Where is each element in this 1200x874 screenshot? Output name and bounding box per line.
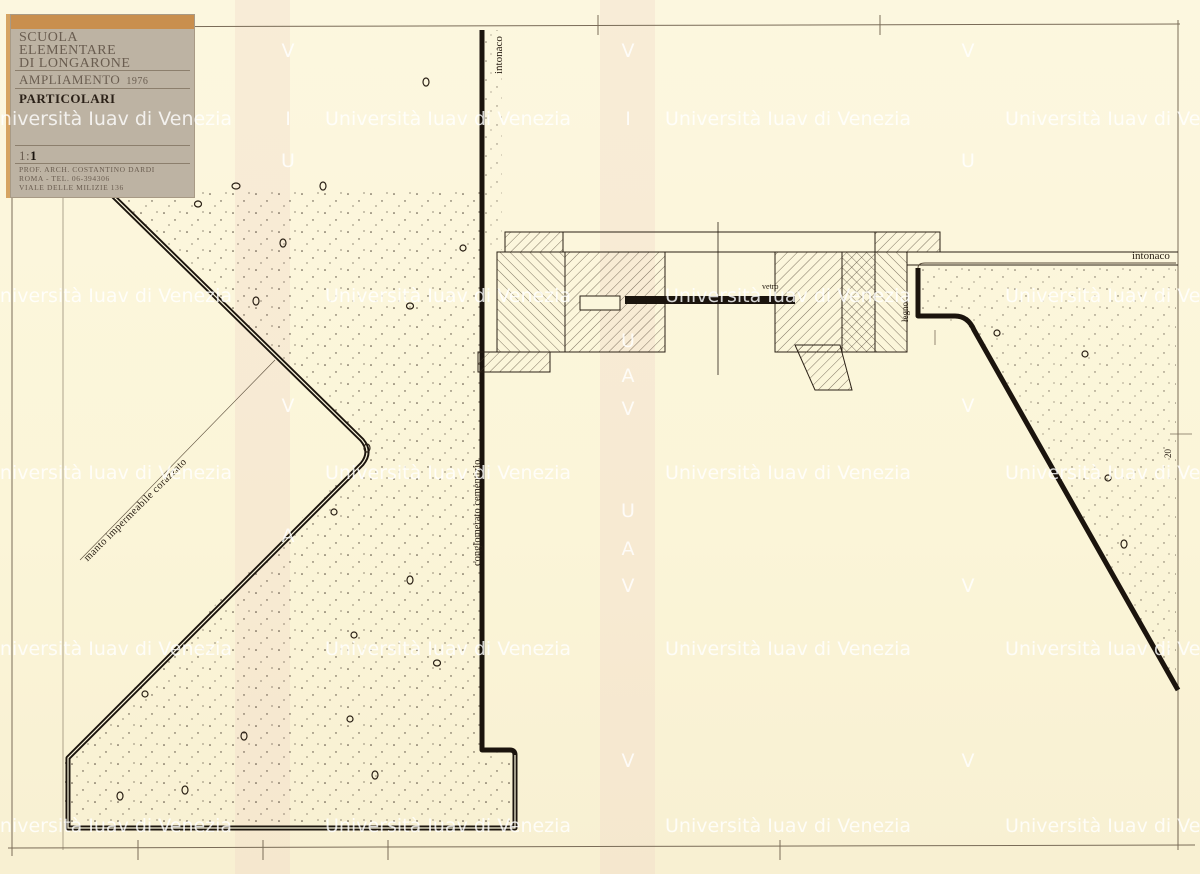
- watermark: Università Iuav di Venezia: [325, 815, 571, 837]
- label-intonaco-right: intonaco: [1132, 250, 1170, 262]
- watermark-letter: A: [618, 538, 638, 560]
- watermark-letter: U: [958, 150, 978, 172]
- watermark-letter: V: [278, 40, 298, 62]
- watermark: Università Iuav di Venezia: [1005, 638, 1200, 660]
- watermark-letter: V: [958, 395, 978, 417]
- watermark-letter: I: [278, 108, 298, 130]
- watermark: Università Iuav di Venezia: [325, 462, 571, 484]
- divider: [15, 88, 190, 89]
- watermark-letter: A: [618, 365, 638, 387]
- watermark-letter: I: [618, 108, 638, 130]
- watermark-letter: V: [958, 750, 978, 772]
- watermark-letter: V: [958, 40, 978, 62]
- divider: [15, 163, 190, 164]
- watermark-letter: V: [618, 575, 638, 597]
- watermark: Università Iuav di Venezia: [665, 108, 911, 130]
- watermark: Università Iuav di Venezia: [665, 815, 911, 837]
- watermark-letter: V: [618, 398, 638, 420]
- watermark: Università Iuav di Venezia: [0, 815, 232, 837]
- watermark: Università Iuav di Venezia: [665, 285, 911, 307]
- watermark: Università Iuav di Venezia: [665, 638, 911, 660]
- watermark-letter: V: [278, 395, 298, 417]
- watermark: Università Iuav di Venezia: [0, 462, 232, 484]
- watermark-letter: V: [618, 750, 638, 772]
- watermark-letter: V: [958, 575, 978, 597]
- watermark: Università Iuav di Venezia: [325, 108, 571, 130]
- watermark: Università Iuav di Venezia: [1005, 285, 1200, 307]
- watermark-letter: A: [278, 525, 298, 547]
- project-year: 1976: [126, 76, 148, 87]
- watermark: Università Iuav di Venezia: [325, 638, 571, 660]
- watermark-letter: U: [618, 500, 638, 522]
- watermark-letter: U: [618, 330, 638, 352]
- watermark: Università Iuav di Venezia: [0, 638, 232, 660]
- watermark: Università Iuav di Venezia: [0, 285, 232, 307]
- watermark: Università Iuav di Venezia: [1005, 108, 1200, 130]
- watermark: Università Iuav di Venezia: [665, 462, 911, 484]
- title-block: SCUOLA ELEMENTARE DI LONGARONE AMPLIAMEN…: [10, 14, 195, 198]
- watermark: Università Iuav di Venezia: [1005, 462, 1200, 484]
- watermark: Università Iuav di Venezia: [325, 285, 571, 307]
- school-name: SCUOLA ELEMENTARE DI LONGARONE: [19, 31, 188, 70]
- divider: [15, 70, 190, 71]
- watermark: Università Iuav di Venezia: [1005, 815, 1200, 837]
- watermark-letter: U: [278, 150, 298, 172]
- watermark: Università Iuav di Venezia: [0, 108, 232, 130]
- drawing-sheet: SCUOLA ELEMENTARE DI LONGARONE AMPLIAMEN…: [0, 0, 1200, 874]
- architect-address: PROF. ARCH. COSTANTINO DARDI ROMA - TEL.…: [19, 165, 188, 192]
- project-title: AMPLIAMENTO1976: [19, 72, 188, 88]
- tape-strip: [11, 15, 194, 29]
- scale: 1:1: [19, 148, 188, 164]
- dimension-label: 20: [1163, 449, 1173, 458]
- label-intonaco-top: intonaco: [493, 36, 505, 74]
- watermark-letter: V: [618, 40, 638, 62]
- divider: [15, 145, 190, 146]
- sheet-title: PARTICOLARI: [19, 91, 188, 107]
